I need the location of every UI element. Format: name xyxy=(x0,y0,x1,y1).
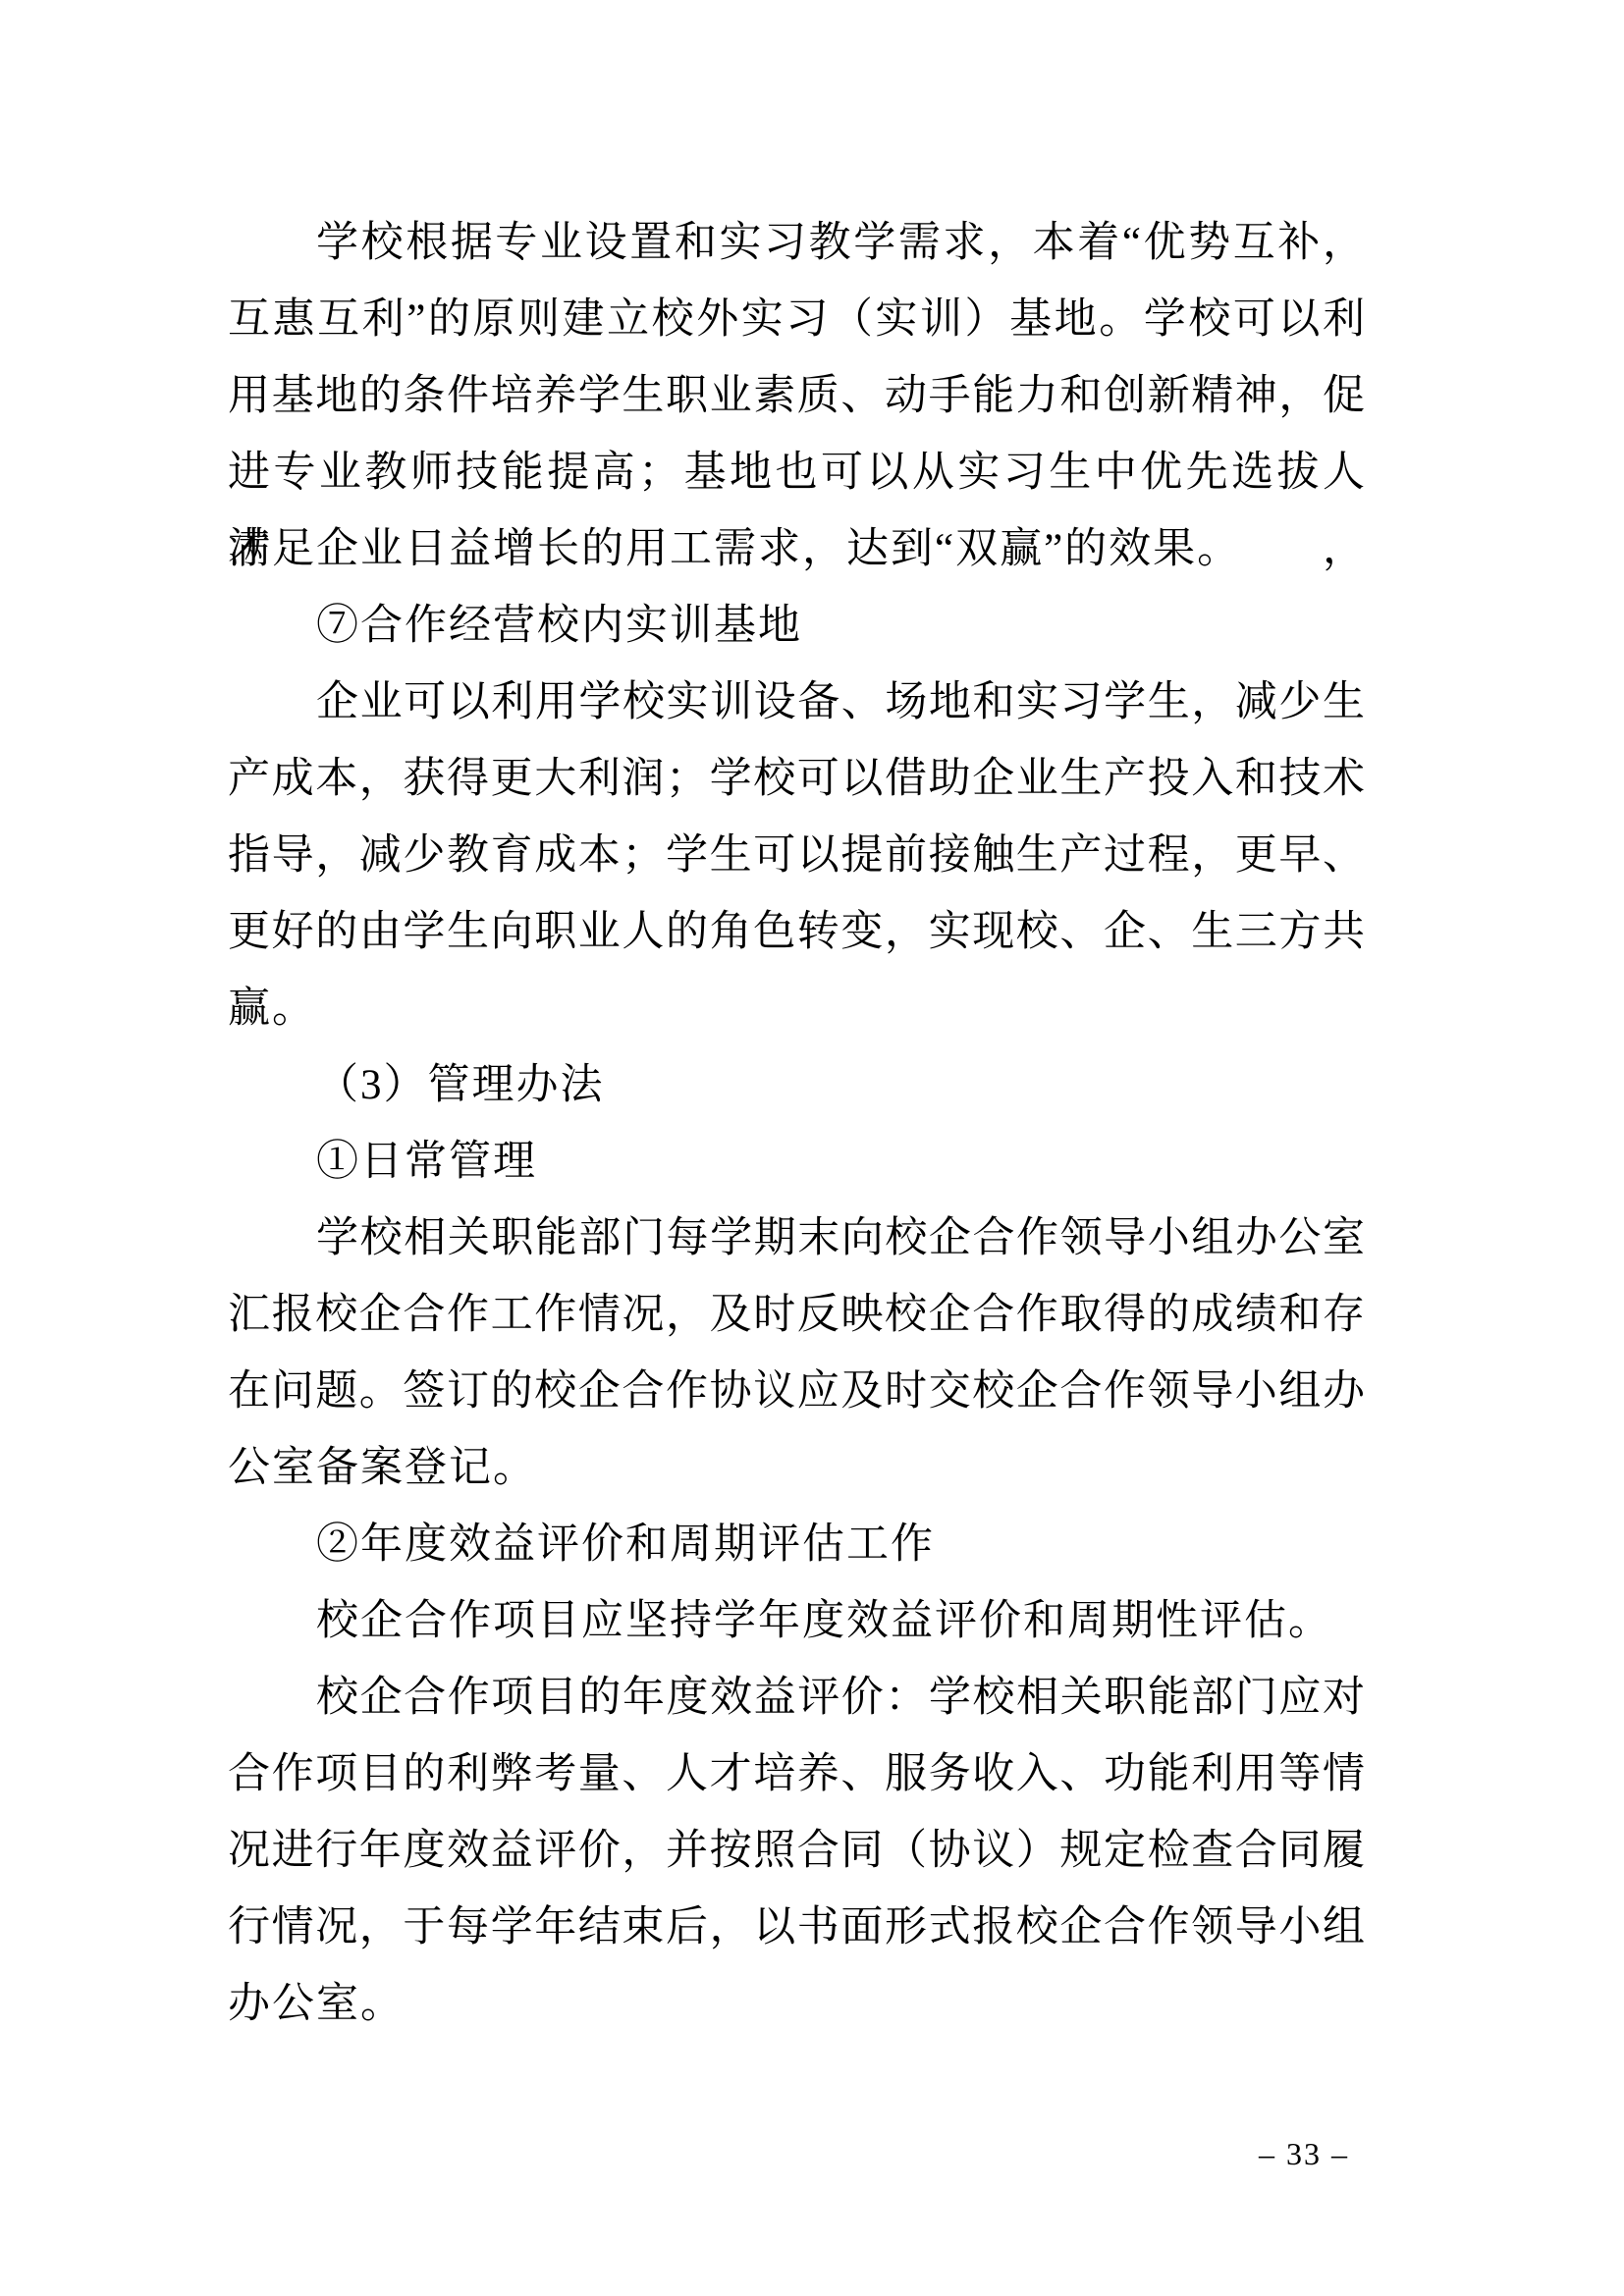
text-line: 产成本，获得更大利润；学校可以借助企业生产投入和技术 xyxy=(228,741,1365,818)
text-line: 进专业教师技能提高；基地也可以从实习生中优先选拔人才， xyxy=(228,435,1365,511)
text-line: 汇报校企合作工作情况，及时反映校企合作取得的成绩和存 xyxy=(228,1277,1365,1354)
document-page: 学校根据专业设置和实习教学需求，本着“优势互补，互惠互利”的原则建立校外实习（实… xyxy=(0,0,1624,2296)
text-line: 在问题。签订的校企合作协议应及时交校企合作领导小组办 xyxy=(228,1354,1365,1430)
text-line: 校企合作项目的年度效益评价：学校相关职能部门应对 xyxy=(228,1660,1365,1736)
document-body: 学校根据专业设置和实习教学需求，本着“优势互补，互惠互利”的原则建立校外实习（实… xyxy=(228,205,1365,2043)
text-line: 互惠互利”的原则建立校外实习（实训）基地。学校可以利 xyxy=(228,282,1365,358)
text-line: 合作项目的利弊考量、人才培养、服务收入、功能利用等情 xyxy=(228,1736,1365,1813)
text-line: 行情况，于每学年结束后，以书面形式报校企合作领导小组 xyxy=(228,1890,1365,1966)
text-line: ⑦合作经营校内实训基地 xyxy=(228,588,1365,665)
text-line: 赢。 xyxy=(228,971,1365,1047)
text-line: 况进行年度效益评价，并按照合同（协议）规定检查合同履 xyxy=(228,1813,1365,1890)
text-line: 校企合作项目应坚持学年度效益评价和周期性评估。 xyxy=(228,1583,1365,1660)
text-line: ①日常管理 xyxy=(228,1124,1365,1201)
text-line: 学校相关职能部门每学期末向校企合作领导小组办公室 xyxy=(228,1201,1365,1277)
text-line: 办公室。 xyxy=(228,1966,1365,2043)
text-line: ②年度效益评价和周期评估工作 xyxy=(228,1507,1365,1583)
text-line: 学校根据专业设置和实习教学需求，本着“优势互补， xyxy=(228,205,1365,282)
text-line: 指导，减少教育成本；学生可以提前接触生产过程，更早、 xyxy=(228,818,1365,894)
text-line: 企业可以利用学校实训设备、场地和实习学生，减少生 xyxy=(228,665,1365,741)
text-line: 用基地的条件培养学生职业素质、动手能力和创新精神，促 xyxy=(228,358,1365,435)
text-line: 更好的由学生向职业人的角色转变，实现校、企、生三方共 xyxy=(228,894,1365,971)
text-line: （3）管理办法 xyxy=(228,1047,1365,1124)
text-line: 满足企业日益增长的用工需求，达到“双赢”的效果。 xyxy=(228,511,1365,588)
page-number: – 33 – xyxy=(1259,2132,1349,2175)
text-line: 公室备案登记。 xyxy=(228,1430,1365,1507)
